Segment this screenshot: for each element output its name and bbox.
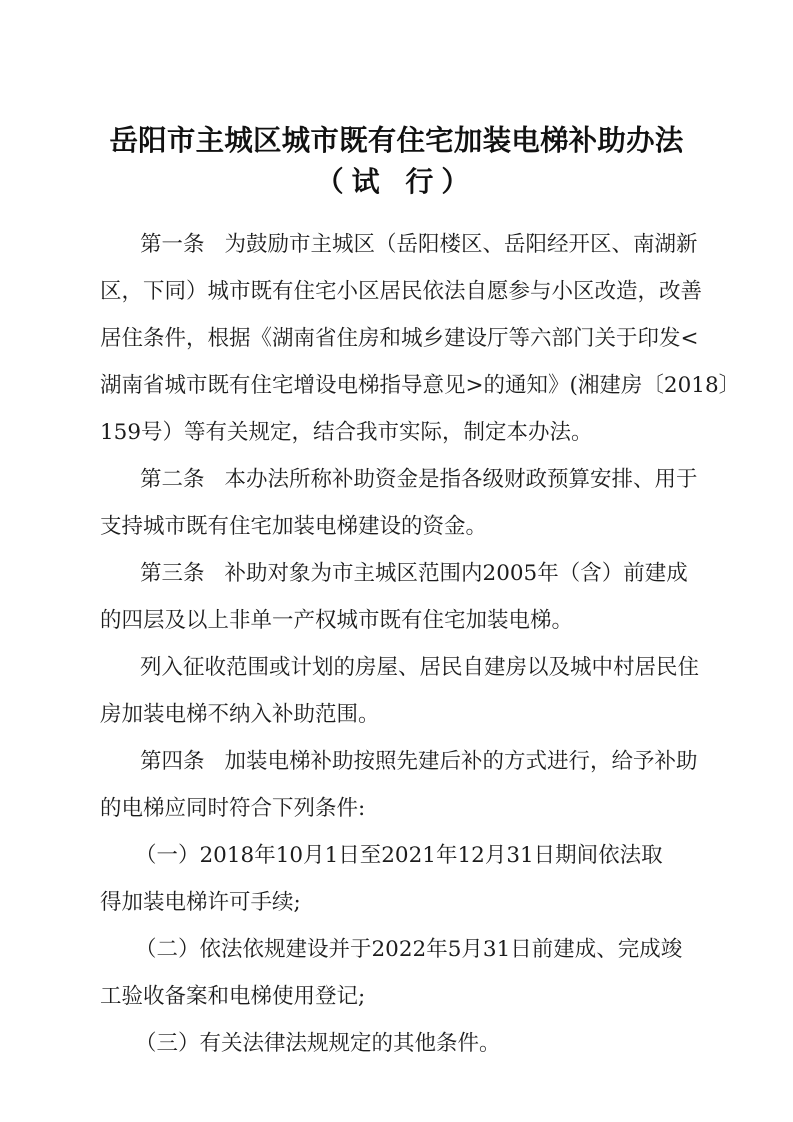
document-title: 岳阳市主城区城市既有住宅加装电梯补助办法 — [0, 118, 793, 159]
condition-item: （三）有关法律法规规定的其他条件。 — [135, 1031, 501, 1057]
paragraph-line: 得加装电梯许可手续; — [100, 890, 301, 916]
paragraph-line: 的四层及以上非单一产权城市既有住宅加装电梯。 — [100, 608, 573, 634]
condition-item: （二）依法依规建设并于2022年5月31日前建成、完成竣 — [135, 937, 682, 963]
paragraph-line: 湖南省城市既有住宅增设电梯指导意见>的通知》(湘建房〔2018〕 — [100, 373, 740, 399]
document-subtitle: （试 行） — [0, 160, 793, 200]
paragraph-line: 居住条件，根据《湖南省住房和城乡建设厅等六部门关于印发< — [100, 326, 699, 352]
paragraph-line: 159号）等有关规定，结合我市实际，制定本办法。 — [100, 420, 593, 446]
paragraph-line: 工验收备案和电梯使用登记; — [100, 984, 365, 1010]
paragraph-line: 的电梯应同时符合下列条件: — [100, 796, 365, 822]
article-label: 第四条 — [140, 749, 205, 774]
article-label: 第二条 — [140, 467, 205, 492]
paragraph-line: 第四条加装电梯补助按照先建后补的方式进行，给予补助 — [140, 749, 698, 775]
article-label: 第三条 — [140, 561, 205, 586]
paragraph-line: 区，下同）城市既有住宅小区居民依法自愿参与小区改造，改善 — [100, 279, 702, 305]
paragraph-line: 第二条本办法所称补助资金是指各级财政预算安排、用于 — [140, 467, 698, 493]
article-label: 第一条 — [140, 232, 205, 257]
paragraph-line: 房加装电梯不纳入补助范围。 — [100, 702, 380, 728]
paragraph-line: 第一条为鼓励市主城区（岳阳楼区、岳阳经开区、南湖新 — [140, 232, 698, 258]
paragraph-line: 列入征收范围或计划的房屋、居民自建房以及城中村居民住 — [140, 655, 699, 681]
condition-item: （一）2018年10月1日至2021年12月31日期间依法取 — [135, 843, 663, 869]
paragraph-line: 第三条补助对象为市主城区范围内2005年（含）前建成 — [140, 561, 688, 587]
paragraph-line: 支持城市既有住宅加装电梯建设的资金。 — [100, 514, 487, 540]
